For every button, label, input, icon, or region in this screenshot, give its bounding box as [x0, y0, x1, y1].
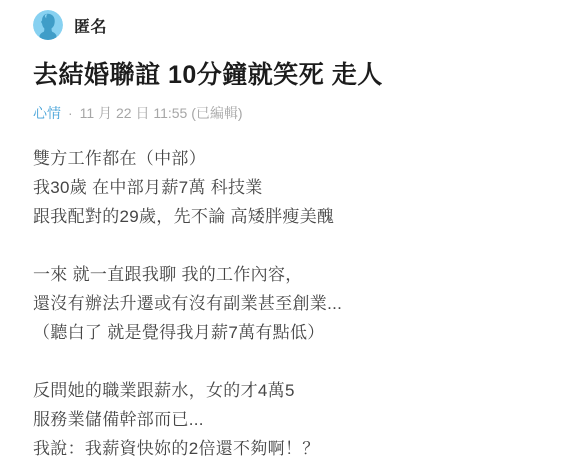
post-body-line: （聽白了 就是覺得我月薪7萬有點低） [33, 318, 568, 347]
post-body-line: 還沒有辦法升遷或有沒有副業甚至創業... [33, 289, 568, 318]
post-page: 匿名 去結婚聯誼 10分鐘就笑死 走人 心情 · 11 月 22 日 11:55… [0, 0, 588, 459]
post-body-line: 一來 就一直跟我聊 我的工作內容， [33, 260, 568, 289]
anonymous-avatar-icon [33, 10, 63, 40]
post-body-line: 我30歲 在中部月薪7萬 科技業 [33, 173, 568, 202]
author-name: 匿名 [74, 14, 107, 37]
post-body-line: 雙方工作都在（中部） [33, 144, 568, 173]
forum-link[interactable]: 心情 [33, 104, 61, 122]
post-body: 雙方工作都在（中部） 我30歲 在中部月薪7萬 科技業 跟我配對的29歲，先不論… [33, 144, 568, 459]
post-timestamp: 11 月 22 日 11:55 (已編輯) [80, 104, 243, 122]
post-title: 去結婚聯誼 10分鐘就笑死 走人 [33, 58, 568, 92]
post-paragraph: 反問她的職業跟薪水，女的才4萬5 服務業儲備幹部而已... 我說：我薪資快妳的2… [33, 376, 568, 459]
post-body-line: 服務業儲備幹部而已... [33, 405, 568, 434]
author-row: 匿名 [33, 10, 568, 40]
post-body-line: 跟我配對的29歲，先不論 高矮胖瘦美醜 [33, 202, 568, 231]
post-body-line: 反問她的職業跟薪水，女的才4萬5 [33, 376, 568, 405]
post-paragraph: 一來 就一直跟我聊 我的工作內容， 還沒有辦法升遷或有沒有副業甚至創業... （… [33, 260, 568, 347]
meta-separator: · [68, 104, 73, 122]
post-body-line: 我說：我薪資快妳的2倍還不夠啊！？ [33, 434, 568, 459]
post-paragraph: 雙方工作都在（中部） 我30歲 在中部月薪7萬 科技業 跟我配對的29歲，先不論… [33, 144, 568, 231]
post-meta: 心情 · 11 月 22 日 11:55 (已編輯) [33, 104, 568, 122]
